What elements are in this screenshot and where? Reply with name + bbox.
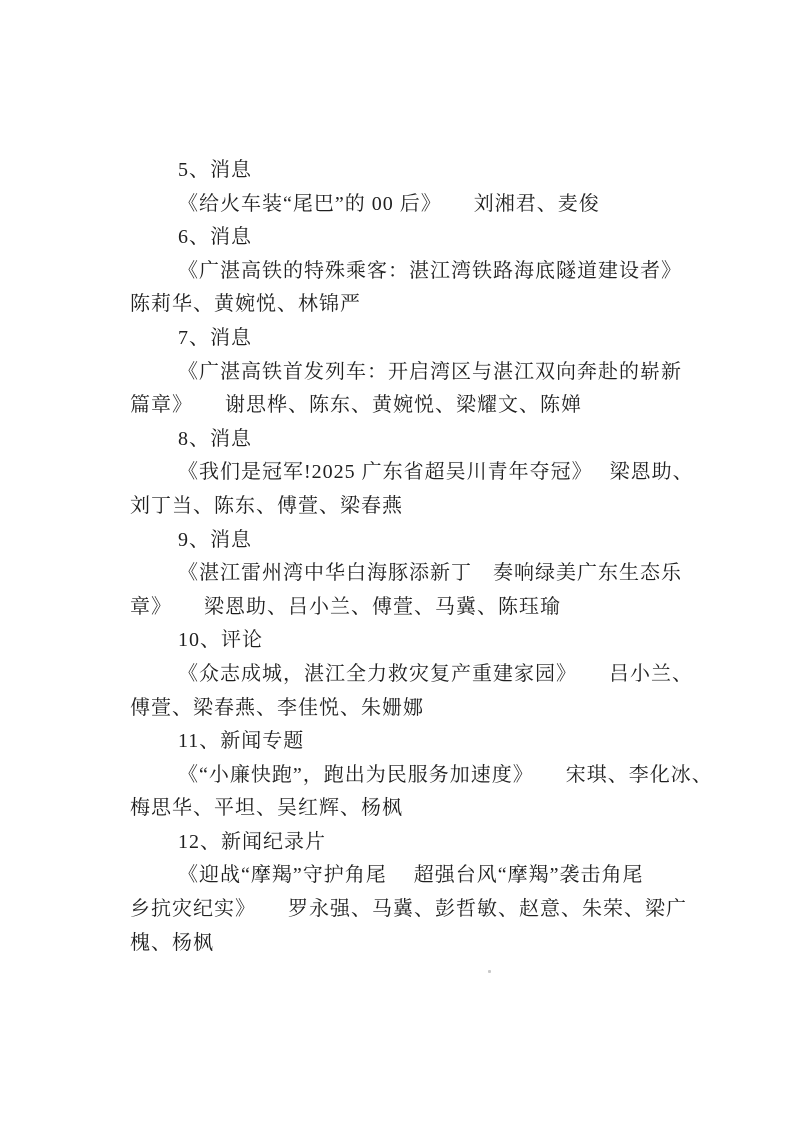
award-entry: 11、新闻专题 《“小廉快跑”，跑出为民服务加速度》 宋琪、李化冰、 梅思华、平… [130, 725, 690, 826]
entry-line: 槐、杨枫 [130, 927, 690, 961]
document-body: 5、消息 《给火车装“尾巴”的 00 后》 刘湘君、麦俊 6、消息 《广湛高铁的… [130, 154, 690, 960]
award-entry: 12、新闻纪录片 《迎战“摩羯”守护角尾 超强台风“摩羯”袭击角尾 乡抗灾纪实》… [130, 826, 690, 960]
entry-line: 《广湛高铁首发列车：开启湾区与湛江双向奔赴的崭新 [130, 356, 690, 390]
entry-heading: 9、消息 [130, 524, 690, 558]
award-entry: 5、消息 《给火车装“尾巴”的 00 后》 刘湘君、麦俊 [130, 154, 690, 221]
award-entry: 7、消息 《广湛高铁首发列车：开启湾区与湛江双向奔赴的崭新 篇章》 谢思桦、陈东… [130, 322, 690, 423]
award-entry: 9、消息 《湛江雷州湾中华白海豚添新丁 奏响绿美广东生态乐 章》 梁恩助、吕小兰… [130, 524, 690, 625]
entry-line: 《众志成城，湛江全力救灾复产重建家园》 吕小兰、 [130, 658, 690, 692]
entry-line: 《湛江雷州湾中华白海豚添新丁 奏响绿美广东生态乐 [130, 557, 690, 591]
entry-heading: 12、新闻纪录片 [130, 826, 690, 860]
entry-line: 刘丁当、陈东、傅萱、梁春燕 [130, 490, 690, 524]
entry-line: 《我们是冠军!2025 广东省超吴川青年夺冠》 梁恩助、 [130, 456, 690, 490]
entry-heading: 11、新闻专题 [130, 725, 690, 759]
entry-heading: 6、消息 [130, 221, 690, 255]
entry-heading: 10、评论 [130, 624, 690, 658]
entry-line: 篇章》 谢思桦、陈东、黄婉悦、梁耀文、陈婵 [130, 389, 690, 423]
award-entry: 8、消息 《我们是冠军!2025 广东省超吴川青年夺冠》 梁恩助、 刘丁当、陈东… [130, 423, 690, 524]
entry-heading: 5、消息 [130, 154, 690, 188]
entry-line: 章》 梁恩助、吕小兰、傅萱、马冀、陈珏瑜 [130, 591, 690, 625]
entry-line: 乡抗灾纪实》 罗永强、马冀、彭哲敏、赵意、朱荣、梁广 [130, 893, 690, 927]
entry-line: 梅思华、平坦、吴红辉、杨枫 [130, 792, 690, 826]
award-entry: 6、消息 《广湛高铁的特殊乘客：湛江湾铁路海底隧道建设者》 陈莉华、黄婉悦、林锦… [130, 221, 690, 322]
entry-heading: 8、消息 [130, 423, 690, 457]
entry-line: 陈莉华、黄婉悦、林锦严 [130, 288, 690, 322]
entry-line: 《“小廉快跑”，跑出为民服务加速度》 宋琪、李化冰、 [130, 759, 690, 793]
entry-line: 《广湛高铁的特殊乘客：湛江湾铁路海底隧道建设者》 [130, 255, 690, 289]
entry-line: 傅萱、梁春燕、李佳悦、朱姗娜 [130, 692, 690, 726]
entry-line: 《迎战“摩羯”守护角尾 超强台风“摩羯”袭击角尾 [130, 859, 690, 893]
award-entry: 10、评论 《众志成城，湛江全力救灾复产重建家园》 吕小兰、 傅萱、梁春燕、李佳… [130, 624, 690, 725]
entry-heading: 7、消息 [130, 322, 690, 356]
entry-line: 《给火车装“尾巴”的 00 后》 刘湘君、麦俊 [130, 188, 690, 222]
scan-artifact-speck [488, 970, 491, 973]
